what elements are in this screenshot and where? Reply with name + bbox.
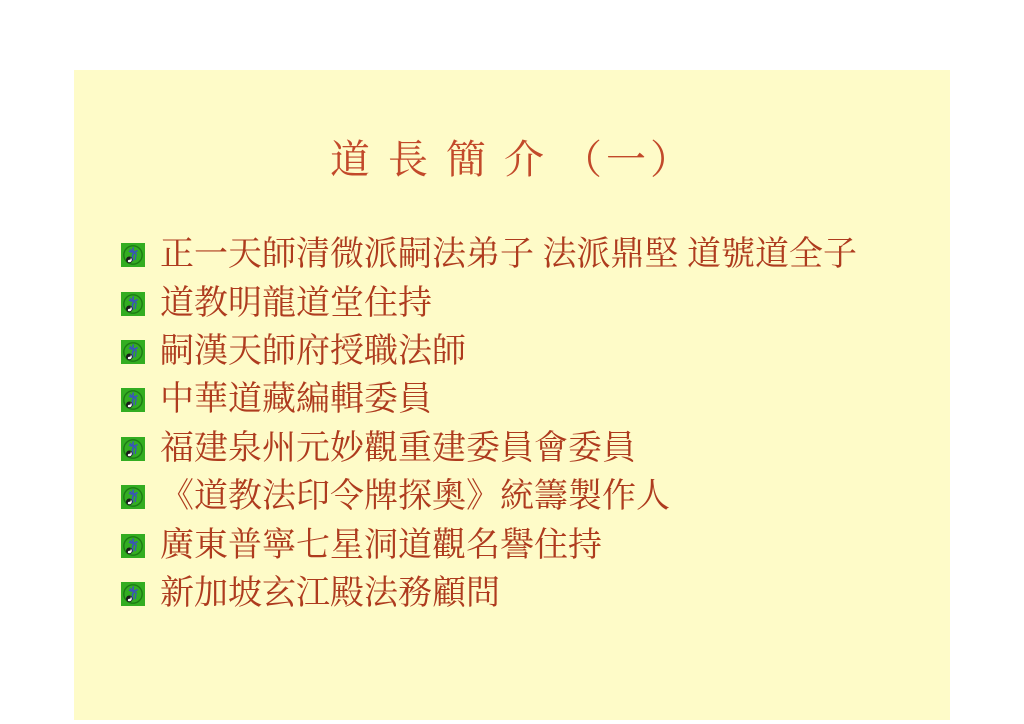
list-item: 《道教法印令牌探奧》統籌製作人 (121, 473, 921, 521)
presentation-slide: 道 長 簡 介 （一） 正一天師清微派嗣法弟子 法派鼎堅 道號道全子 (74, 70, 950, 720)
flower-seal-icon (121, 437, 145, 461)
flower-seal-icon (121, 340, 145, 364)
list-item: 嗣漢天師府授職法師 (121, 328, 921, 376)
flower-seal-icon (121, 485, 145, 509)
flower-seal-icon (121, 534, 145, 558)
list-item-text: 新加坡玄江殿法務顧問 (160, 577, 500, 611)
list-item: 廣東普寧七星洞道觀名譽住持 (121, 521, 921, 569)
list-item-text: 中華道藏編輯委員 (160, 383, 432, 417)
list-item: 中華道藏編輯委員 (121, 376, 921, 424)
list-item-text: 嗣漢天師府授職法師 (160, 335, 466, 369)
list-item-text: 福建泉州元妙觀重建委員會委員 (160, 432, 636, 466)
flower-seal-icon (121, 243, 145, 267)
list-item: 新加坡玄江殿法務顧問 (121, 570, 921, 618)
list-item-text: 廣東普寧七星洞道觀名譽住持 (160, 529, 602, 563)
list-item-text: 《道教法印令牌探奧》統籌製作人 (160, 480, 670, 514)
bullet-list: 正一天師清微派嗣法弟子 法派鼎堅 道號道全子 道教明龍道堂住持 (121, 231, 921, 618)
list-item-text: 正一天師清微派嗣法弟子 法派鼎堅 道號道全子 (160, 238, 857, 272)
list-item: 道教明龍道堂住持 (121, 279, 921, 327)
slide-title: 道 長 簡 介 （一） (74, 138, 950, 182)
flower-seal-icon (121, 582, 145, 606)
flower-seal-icon (121, 292, 145, 316)
flower-seal-icon (121, 388, 145, 412)
list-item: 正一天師清微派嗣法弟子 法派鼎堅 道號道全子 (121, 231, 921, 279)
list-item-text: 道教明龍道堂住持 (160, 287, 432, 321)
list-item: 福建泉州元妙觀重建委員會委員 (121, 425, 921, 473)
